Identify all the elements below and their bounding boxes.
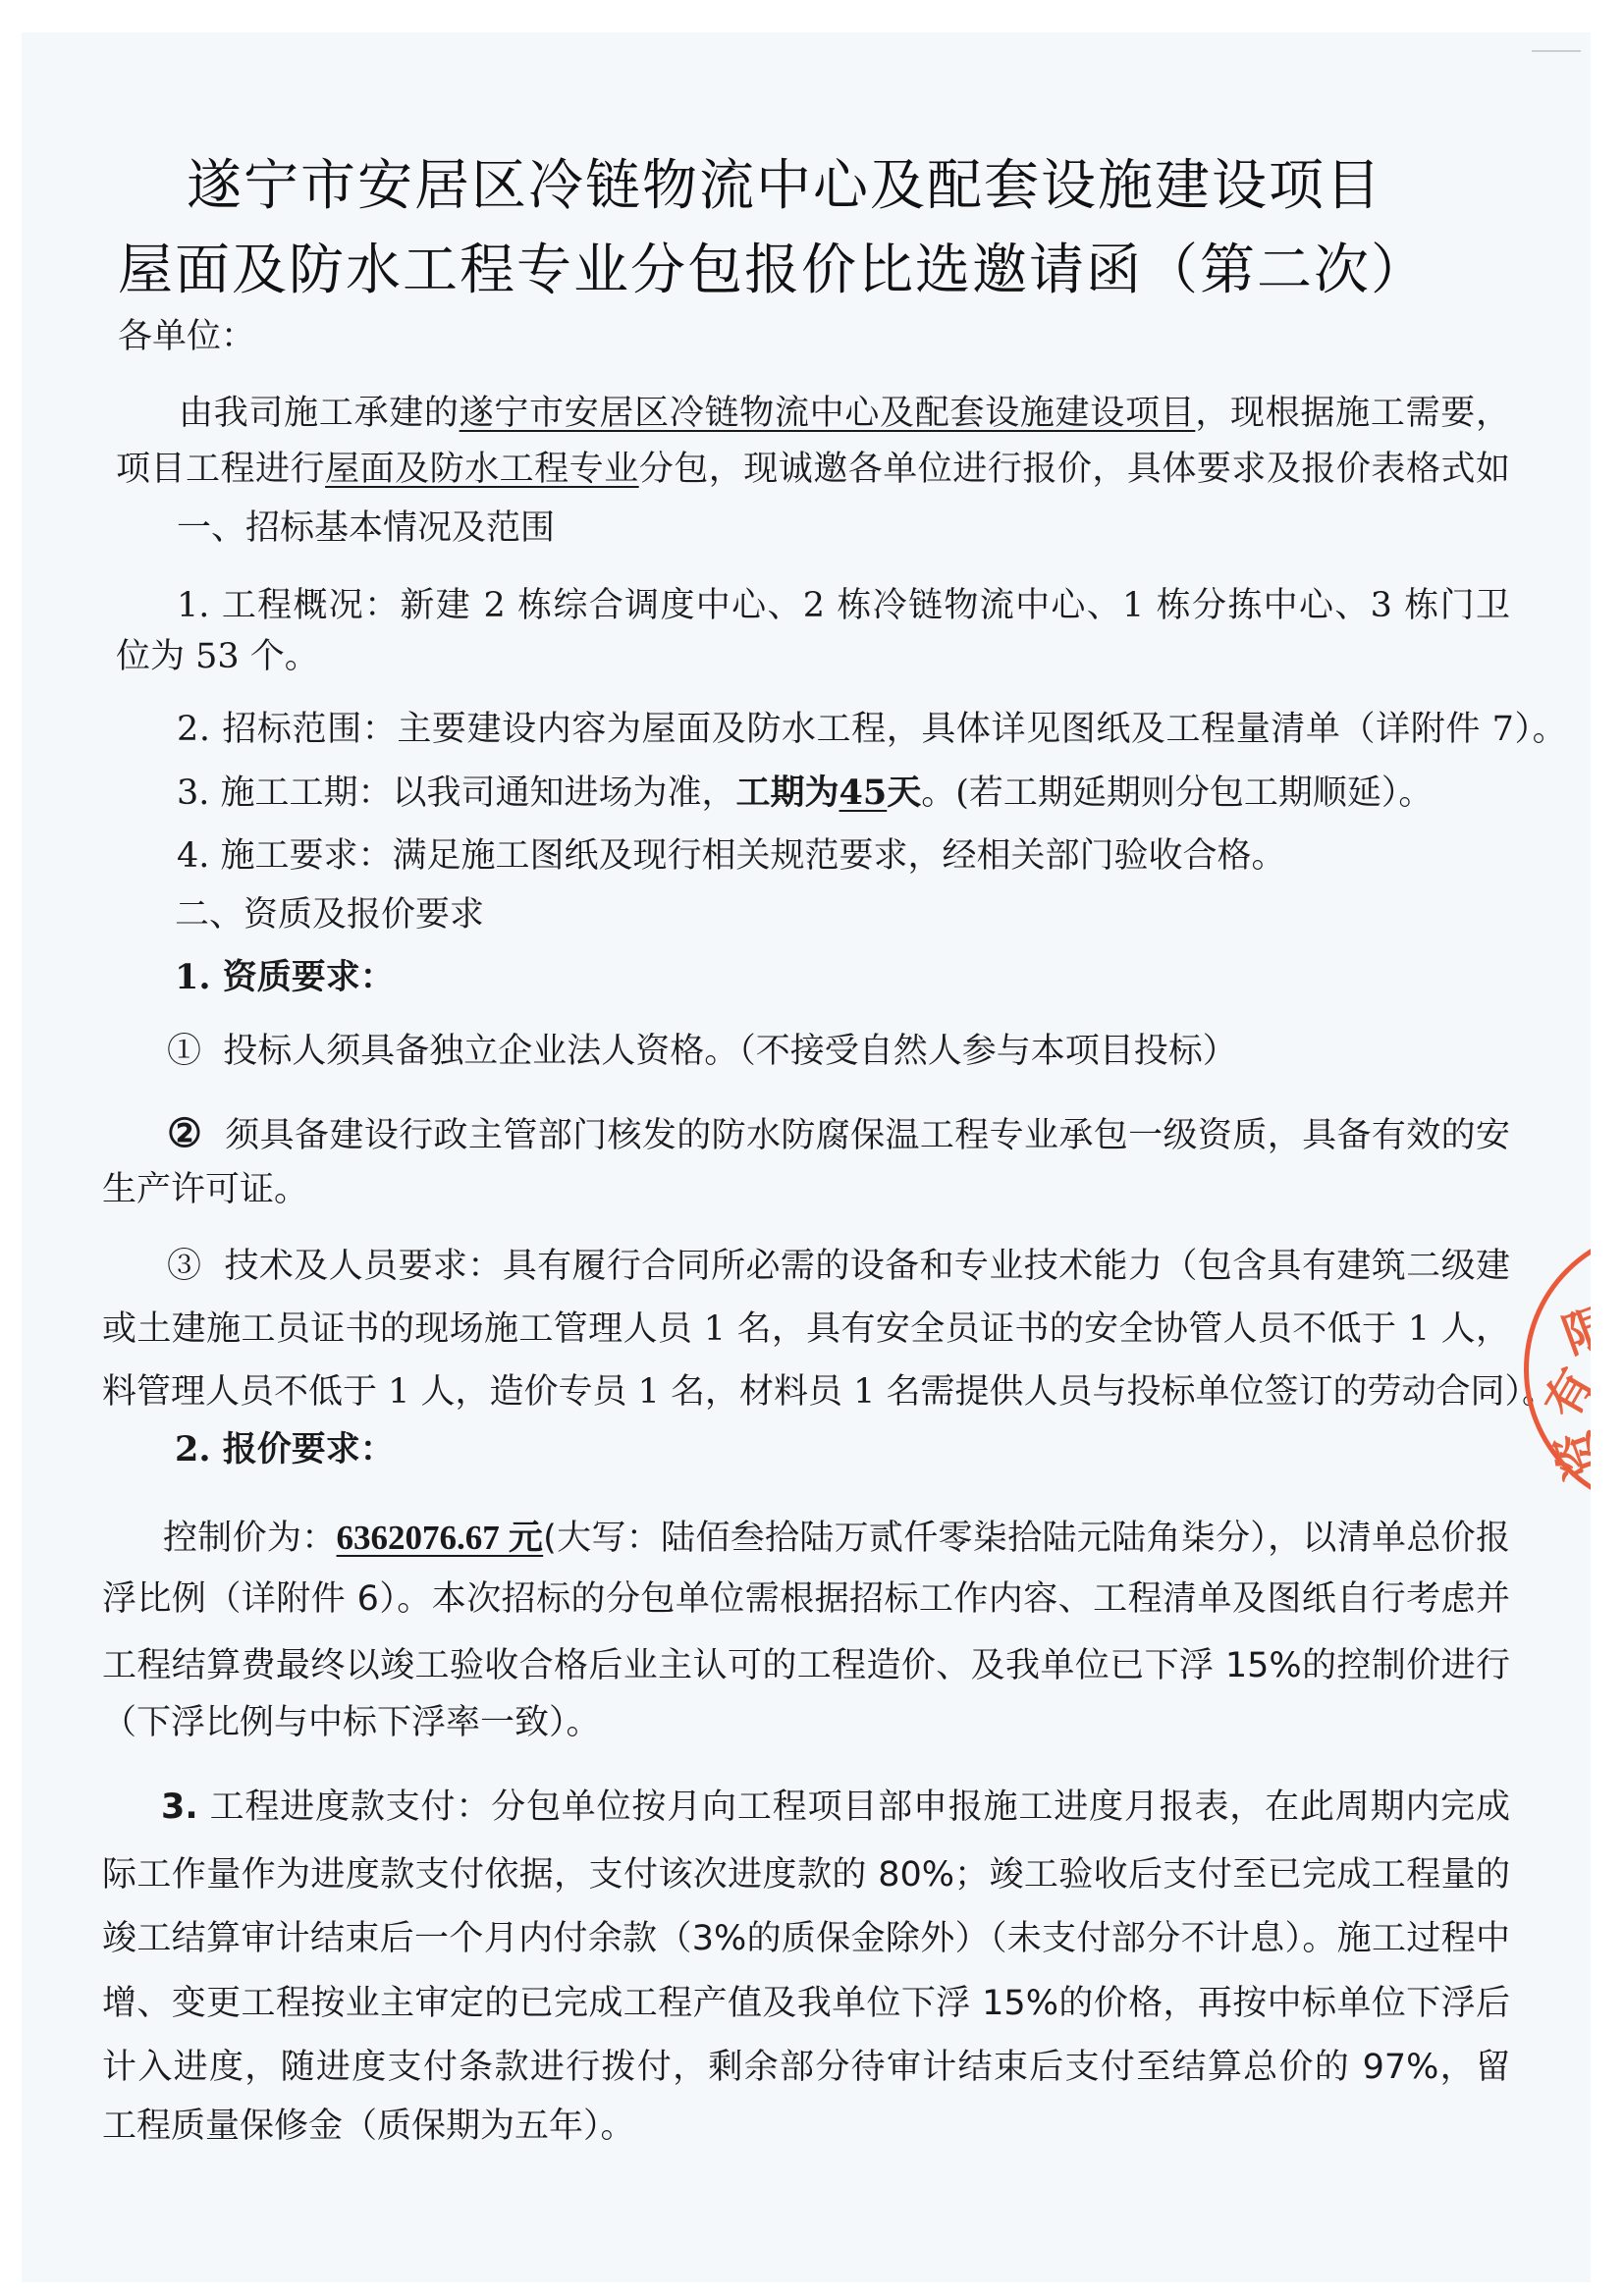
payment-line-1: 3. 工程进度款支付：分包单位按月向工程项目部申报施工进度月报表，在此周期内完成… <box>161 1786 1510 1829</box>
intro-text: 由我司施工承建的 <box>179 394 460 433</box>
qualification-3-cont-1: 或土建施工员证书的现场施工管理人员 1 名，具有安全员证书的安全协管人员不低于 … <box>102 1308 1510 1351</box>
section-1-item-2: 2. 招标范围：主要建设内容为屋面及防水工程，具体详见图纸及工程量清单（详附件 … <box>177 708 1567 751</box>
qualification-2-cont: 生产许可证。 <box>102 1168 308 1211</box>
intro-text: 项目工程进行 <box>116 450 325 489</box>
company-seal-stamp: 限 有 资 <box>1524 1227 1591 1512</box>
duration-unit: 天 <box>887 773 921 813</box>
qualification-1: ① 投标人须具备独立企业法人资格。（不接受自然人参与本项目投标） <box>167 1030 1237 1073</box>
price-line-4: （下浮比例与中标下浮率一致）。 <box>102 1701 601 1744</box>
intro-line-2: 项目工程进行屋面及防水工程专业分包，现诚邀各单位进行报价，具体要求及报价表格式如… <box>116 448 1510 491</box>
stamp-char: 有 <box>1525 1354 1591 1428</box>
payment-text: 工程进度款支付：分包单位按月向工程项目部申报施工进度月报表，在此周期内完成的实 <box>161 1788 1510 1829</box>
section-2-heading: 二、资质及报价要求 <box>175 893 484 936</box>
salutation: 各单位： <box>118 315 255 358</box>
price-line-3: 工程结算费最终以竣工验收合格后业主认可的工程造价、及我单位已下浮 15%的控制价… <box>102 1644 1510 1687</box>
qualification-text: 投标人须具备独立企业法人资格。（不接受自然人参与本项目投标） <box>223 1032 1237 1071</box>
section-1-item-1-cont: 位为 53 个。 <box>116 635 319 678</box>
control-price-label: 控制价为： <box>163 1519 337 1558</box>
qualification-text: 技术及人员要求：具有履行合同所必需的设备和专业技术能力（包含具有建筑二级建造师 <box>167 1247 1510 1288</box>
price-line-2: 浮比例（详附件 6）。本次招标的分包单位需根据招标工作内容、工程清单及图纸自行考… <box>102 1577 1510 1621</box>
payment-line-5: 计入进度，随进度支付条款进行拨付，剩余部分待审计结束后支付至结算总价的 97%，… <box>102 2046 1510 2089</box>
circled-number-2: ② <box>167 1112 202 1155</box>
duration-label: 工期为 <box>736 773 839 813</box>
qualification-3: ③ 技术及人员要求：具有履行合同所必需的设备和专业技术能力（包含具有建筑二级建造… <box>167 1245 1510 1288</box>
stamp-char: 限 <box>1552 1287 1591 1366</box>
payment-line-4: 增、变更工程按业主审定的已完成工程产值及我单位下浮 15%的价格，再按中标单位下… <box>102 1982 1510 2025</box>
stamp-char: 资 <box>1534 1422 1591 1490</box>
section-1-item-3: 3. 施工工期：以我司通知进场为准，工期为45天。(若工期延期则分包工期顺延）。 <box>177 772 1433 815</box>
intro-line-1: 由我司施工承建的遂宁市安居区冷链物流中心及配套设施建设项目，现根据施工需要，对本 <box>179 392 1510 435</box>
payment-line-6: 工程质量保修金（质保期为五年）。 <box>102 2105 635 2148</box>
qualification-heading: 1. 资质要求： <box>175 956 395 999</box>
section-1-item-1: 1. 工程概况：新建 2 栋综合调度中心、2 栋冷链物流中心、1 栋分拣中心、3… <box>177 584 1510 627</box>
circled-number-1: ① <box>167 1032 201 1071</box>
project-name: 遂宁市安居区冷链物流中心及配套设施建设项目 <box>460 394 1196 433</box>
pricing-heading: 2. 报价要求： <box>175 1428 395 1471</box>
section-1-heading: 一、招标基本情况及范围 <box>177 507 555 550</box>
scan-mark <box>1532 50 1581 52</box>
duration-days: 45 <box>839 773 888 813</box>
qualification-2: ② 须具备建设行政主管部门核发的防水防腐保温工程专业承包一级资质，具备有效的安全 <box>167 1112 1510 1155</box>
section-1-item-4: 4. 施工要求：满足施工图纸及现行相关规范要求，经相关部门验收合格。 <box>177 834 1286 878</box>
title-line-2: 屋面及防水工程专业分包报价比选邀请函（第二次） <box>118 237 1428 305</box>
item-text: 。(若工期延期则分包工期顺延）。 <box>921 774 1433 813</box>
subcontract-scope: 屋面及防水工程专业 <box>325 450 639 489</box>
qualification-3-cont-2: 料管理人员不低于 1 人，造价专员 1 名，材料员 1 名需提供人员与投标单位签… <box>102 1370 1556 1414</box>
payment-number: 3. <box>161 1788 198 1827</box>
control-price-line: 控制价为：6362076.67 元(大写：陆佰叁拾陆万贰仟零柒拾陆元陆角柒分），… <box>163 1517 1510 1560</box>
control-price-amount: 6362076.67 元 <box>337 1519 544 1557</box>
qualification-text: 须具备建设行政主管部门核发的防水防腐保温工程专业承包一级资质，具备有效的安全 <box>167 1116 1510 1155</box>
document-page: 遂宁市安居区冷链物流中心及配套设施建设项目 屋面及防水工程专业分包报价比选邀请函… <box>22 32 1591 2282</box>
payment-line-2: 际工作量作为进度款支付依据，支付该次进度款的 80%；竣工验收后支付至已完成工程… <box>102 1853 1510 1896</box>
circled-number-3: ③ <box>167 1247 201 1286</box>
item-text: 3. 施工工期：以我司通知进场为准， <box>177 774 736 813</box>
payment-line-3: 竣工结算审计结束后一个月内付余款（3%的质保金除外）（未支付部分不计息）。施工过… <box>102 1917 1510 1960</box>
title-line-1: 遂宁市安居区冷链物流中心及配套设施建设项目 <box>187 152 1382 221</box>
